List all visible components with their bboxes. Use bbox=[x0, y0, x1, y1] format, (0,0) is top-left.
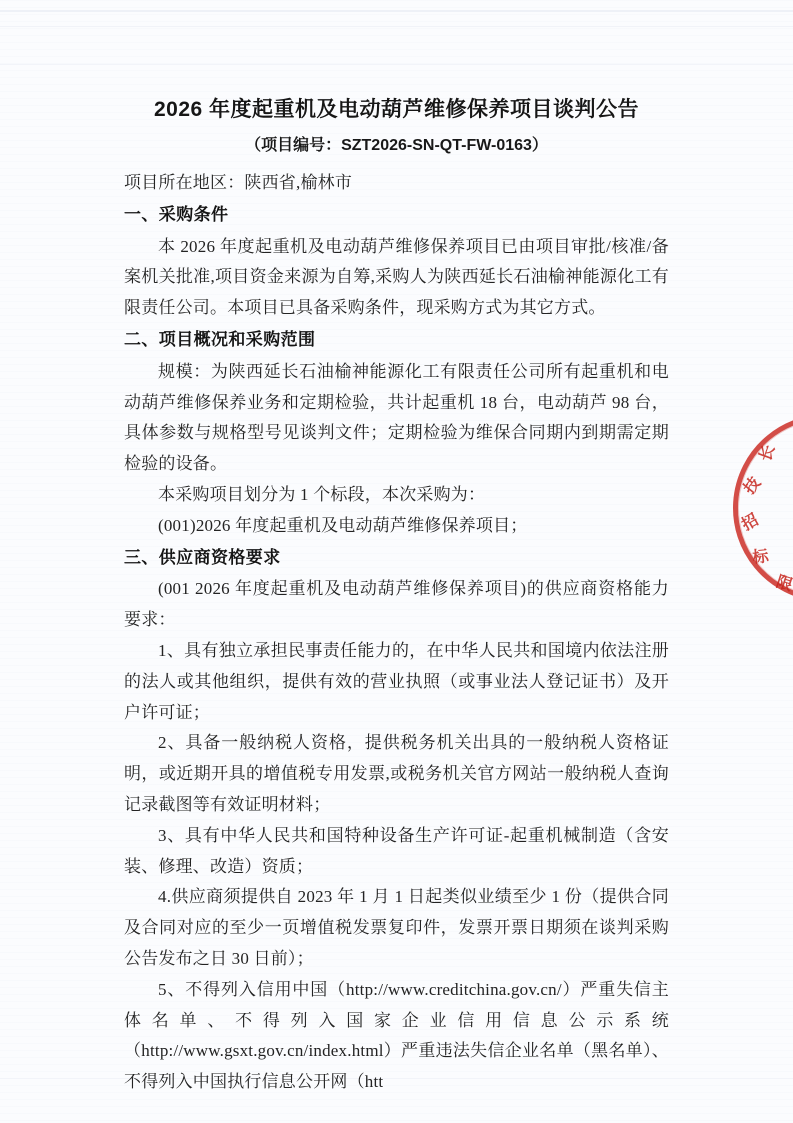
stamp-char: 标 bbox=[751, 543, 769, 568]
paragraph: 规模：为陕西延长石油榆神能源化工有限责任公司所有起重机和电动葫芦维修保养业务和定… bbox=[124, 357, 669, 480]
paragraph: 2、具备一般纳税人资格，提供税务机关出具的一般纳税人资格证明，或近期开具的增值税… bbox=[124, 728, 669, 820]
stamp-char: 限 bbox=[774, 569, 793, 596]
project-location: 项目所在地区：陕西省,榆林市 bbox=[124, 168, 669, 199]
paragraph: (001 2026 年度起重机及电动葫芦维修保养项目)的供应商资格能力要求： bbox=[124, 574, 669, 636]
section-heading-project-overview: 二、项目概况和采购范围 bbox=[124, 325, 669, 356]
section-heading-supplier-qualifications: 三、供应商资格要求 bbox=[124, 543, 669, 574]
document-content: 2026 年度起重机及电动葫芦维修保养项目谈判公告 （项目编号：SZT2026-… bbox=[124, 0, 669, 1098]
document-page: 2026 年度起重机及电动葫芦维修保养项目谈判公告 （项目编号：SZT2026-… bbox=[0, 0, 793, 1123]
stamp-char: 技 bbox=[737, 471, 765, 498]
paragraph: 本采购项目划分为 1 个标段，本次采购为： bbox=[124, 480, 669, 511]
section-heading-procurement-conditions: 一、采购条件 bbox=[124, 200, 669, 231]
stamp-char: 招 bbox=[737, 507, 762, 535]
paragraph: 本 2026 年度起重机及电动葫芦维修保养项目已由项目审批/核准/备案机关批准,… bbox=[124, 232, 669, 324]
stamp-char: 长 bbox=[752, 441, 779, 464]
paragraph: (001)2026 年度起重机及电动葫芦维修保养项目； bbox=[124, 511, 669, 542]
official-seal-stamp-icon: 长 技 招 标 限 bbox=[709, 390, 793, 627]
page-title: 2026 年度起重机及电动葫芦维修保养项目谈判公告 bbox=[124, 96, 669, 124]
paragraph: 4.供应商须提供自 2023 年 1 月 1 日起类似业绩至少 1 份（提供合同… bbox=[124, 882, 669, 974]
project-number: （项目编号：SZT2026-SN-QT-FW-0163） bbox=[124, 135, 669, 157]
paragraph: 5、不得列入信用中国（http://www.creditchina.gov.cn… bbox=[124, 975, 669, 1098]
paragraph: 3、具有中华人民共和国特种设备生产许可证-起重机械制造（含安装、修理、改造）资质… bbox=[124, 821, 669, 883]
paragraph: 1、具有独立承担民事责任能力的，在中华人民共和国境内依法注册的法人或其他组织，提… bbox=[124, 636, 669, 728]
